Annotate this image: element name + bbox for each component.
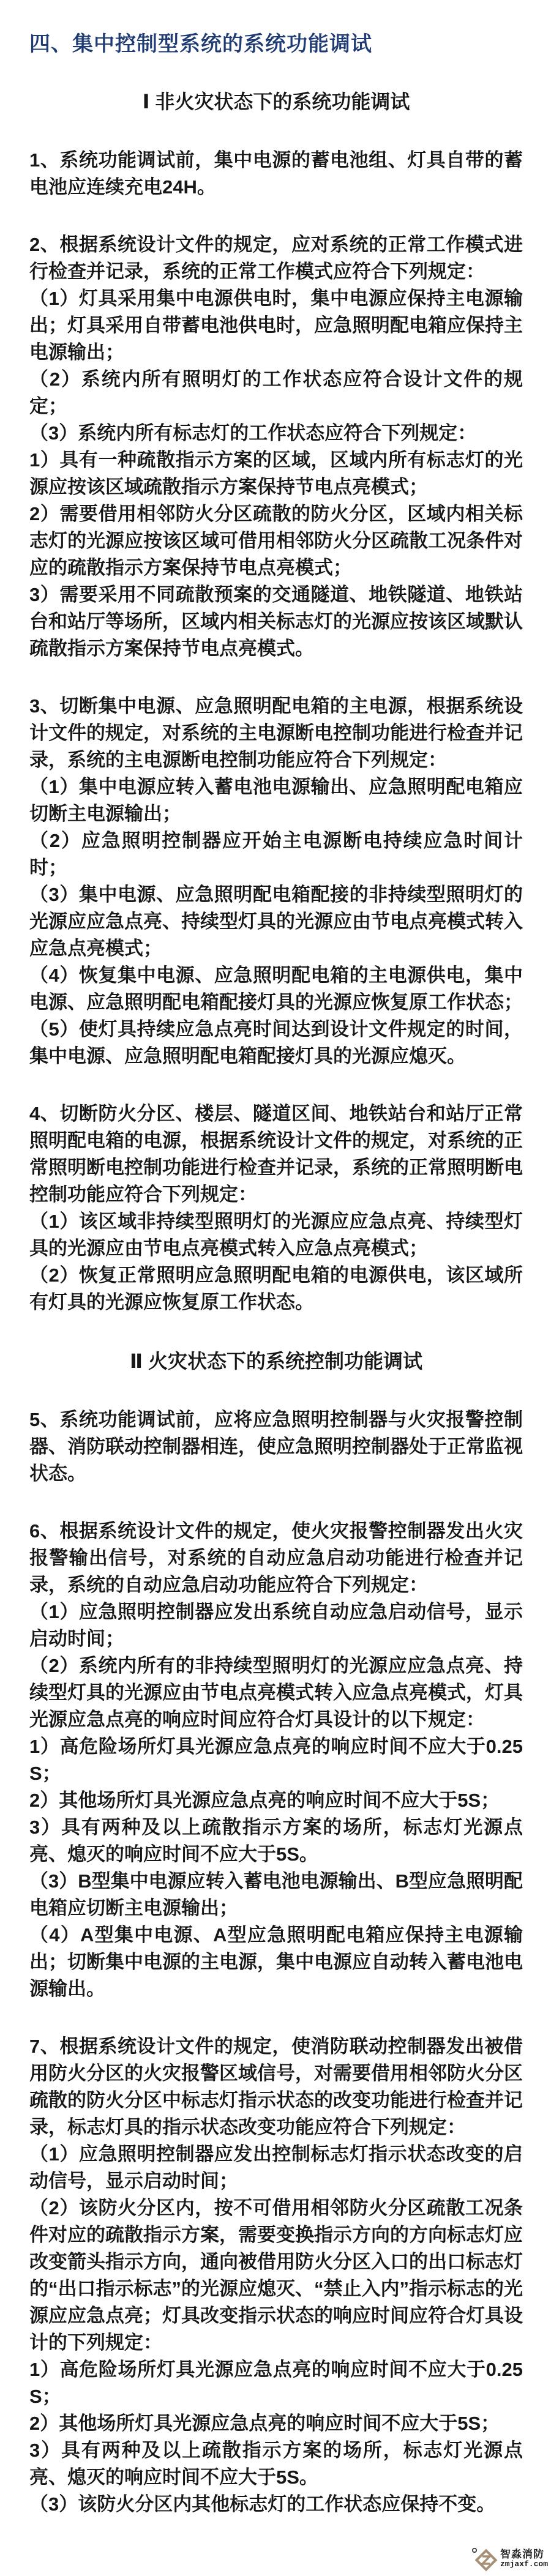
paragraph: （1）应急照明控制器应发出控制标志灯指示状态改变的启动信号，显示启动时间； bbox=[29, 2141, 523, 2195]
paragraph: （3）集中电源、应急照明配电箱配接的非持续型照明灯的光源应应急点亮、持续型灯具的… bbox=[29, 881, 523, 962]
paragraph: 7、根据系统设计文件的规定，使消防联动控制器发出被借用防火分区的火灾报警区域信号… bbox=[29, 2033, 523, 2141]
paragraph: 1）高危险场所灯具光源应急点亮的响应时间不应大于0.25S； bbox=[29, 1733, 523, 1787]
diamond-z-logo bbox=[471, 2545, 498, 2572]
watermark: 智淼消防 zmjaxf.com bbox=[471, 2545, 548, 2572]
paragraph: （2）系统内所有的非持续型照明灯的光源应应急点亮、持续型灯具的光源应由节电点亮模… bbox=[29, 1652, 523, 1733]
paragraph: 1）高危险场所灯具光源应急点亮的响应时间不应大于0.25S； bbox=[29, 2356, 523, 2410]
paragraph: （4）恢复集中电源、应急照明配电箱的主电源供电，集中电源、应急照明配电箱配接灯具… bbox=[29, 962, 523, 1016]
paragraph: 4、切断防火分区、楼层、隧道区间、地铁站台和站厅正常照明配电箱的电源，根据系统设… bbox=[29, 1100, 523, 1208]
paragraph: （3）该防火分区内其他标志灯的工作状态应保持不变。 bbox=[29, 2491, 523, 2518]
watermark-brand: 智淼消防 bbox=[500, 2549, 548, 2560]
document-blocks: Ⅰ 非火灾状态下的系统功能调试1、系统功能调试前，集中电源的蓄电池组、灯具自带的… bbox=[29, 88, 523, 2518]
paragraph: （2）恢复正常照明应急照明配电箱的电源供电，该区域所有灯具的光源应恢复原工作状态… bbox=[29, 1262, 523, 1316]
paragraph: （1）灯具采用集中电源供电时，集中电源应保持主电源输出；灯具采用自带蓄电池供电时… bbox=[29, 285, 523, 366]
paragraph: 1）具有一种疏散指示方案的区域，区域内所有标志灯的光源应按该区域疏散指示方案保持… bbox=[29, 447, 523, 501]
paragraph: （1）该区域非持续型照明灯的光源应应急点亮、持续型灯具的光源应由节电点亮模式转入… bbox=[29, 1208, 523, 1262]
paragraph: （1）应急照明控制器应发出系统自动应急启动信号，显示启动时间； bbox=[29, 1599, 523, 1652]
paragraph: 2、根据系统设计文件的规定，应对系统的正常工作模式进行检查并记录，系统的正常工作… bbox=[29, 231, 523, 285]
paragraph: （2）应急照明控制器应开始主电源断电持续应急时间计时； bbox=[29, 827, 523, 881]
paragraph: 3、切断集中电源、应急照明配电箱的主电源，根据系统设计文件的规定，对系统的主电源… bbox=[29, 693, 523, 774]
document-page: 四、集中控制型系统的系统功能调试 Ⅰ 非火灾状态下的系统功能调试1、系统功能调试… bbox=[0, 0, 551, 2576]
paragraph: （3）B型集中电源应转入蓄电池电源输出、B型应急照明配电箱应切断主电源输出； bbox=[29, 1868, 523, 1922]
paragraph: 3）具有两种及以上疏散指示方案的场所，标志灯光源点亮、熄灭的响应时间不应大于5S… bbox=[29, 1814, 523, 1868]
paragraph: （2）系统内所有照明灯的工作状态应符合设计文件的规定； bbox=[29, 366, 523, 420]
paragraph: 3）需要采用不同疏散预案的交通隧道、地铁隧道、地铁站台和站厅等场所，区域内相关标… bbox=[29, 581, 523, 662]
watermark-text: 智淼消防 zmjaxf.com bbox=[500, 2549, 548, 2568]
paragraph: 2）其他场所灯具光源应急点亮的响应时间不应大于5S； bbox=[29, 2410, 523, 2437]
section-heading: Ⅰ 非火灾状态下的系统功能调试 bbox=[29, 88, 523, 115]
diamond-z-logo-svg bbox=[471, 2545, 498, 2572]
paragraph: （3）系统内所有标志灯的工作状态应符合下列规定： bbox=[29, 420, 523, 447]
paragraph: （4）A型集中电源、A型应急照明配电箱应保持主电源输出；切断集中电源的主电源，集… bbox=[29, 1922, 523, 2003]
paragraph: 2）其他场所灯具光源应急点亮的响应时间不应大于5S； bbox=[29, 1787, 523, 1814]
paragraph: （2）该防火分区内，按不可借用相邻防火分区疏散工况条件对应的疏散指示方案，需要变… bbox=[29, 2195, 523, 2356]
watermark-domain: zmjaxf.com bbox=[500, 2560, 548, 2569]
paragraph: 2）需要借用相邻防火分区疏散的防火分区，区域内相关标志灯的光源应按该区域可借用相… bbox=[29, 501, 523, 581]
paragraph: 1、系统功能调试前，集中电源的蓄电池组、灯具自带的蓄电池应连续充电24H。 bbox=[29, 147, 523, 201]
paragraph: 5、系统功能调试前，应将应急照明控制器与火灾报警控制器、消防联动控制器相连，使应… bbox=[29, 1406, 523, 1487]
paragraph: 6、根据系统设计文件的规定，使火灾报警控制器发出火灾报警输出信号，对系统的自动应… bbox=[29, 1518, 523, 1599]
page-title: 四、集中控制型系统的系统功能调试 bbox=[29, 31, 523, 58]
paragraph: （5）使灯具持续应急点亮时间达到设计文件规定的时间，集中电源、应急照明配电箱配接… bbox=[29, 1016, 523, 1070]
paragraph: 3）具有两种及以上疏散指示方案的场所，标志灯光源点亮、熄灭的响应时间不应大于5S… bbox=[29, 2437, 523, 2491]
section-heading: Ⅱ 火灾状态下的系统控制功能调试 bbox=[29, 1348, 523, 1375]
paragraph: （1）集中电源应转入蓄电池电源输出、应急照明配电箱应切断主电源输出； bbox=[29, 774, 523, 827]
